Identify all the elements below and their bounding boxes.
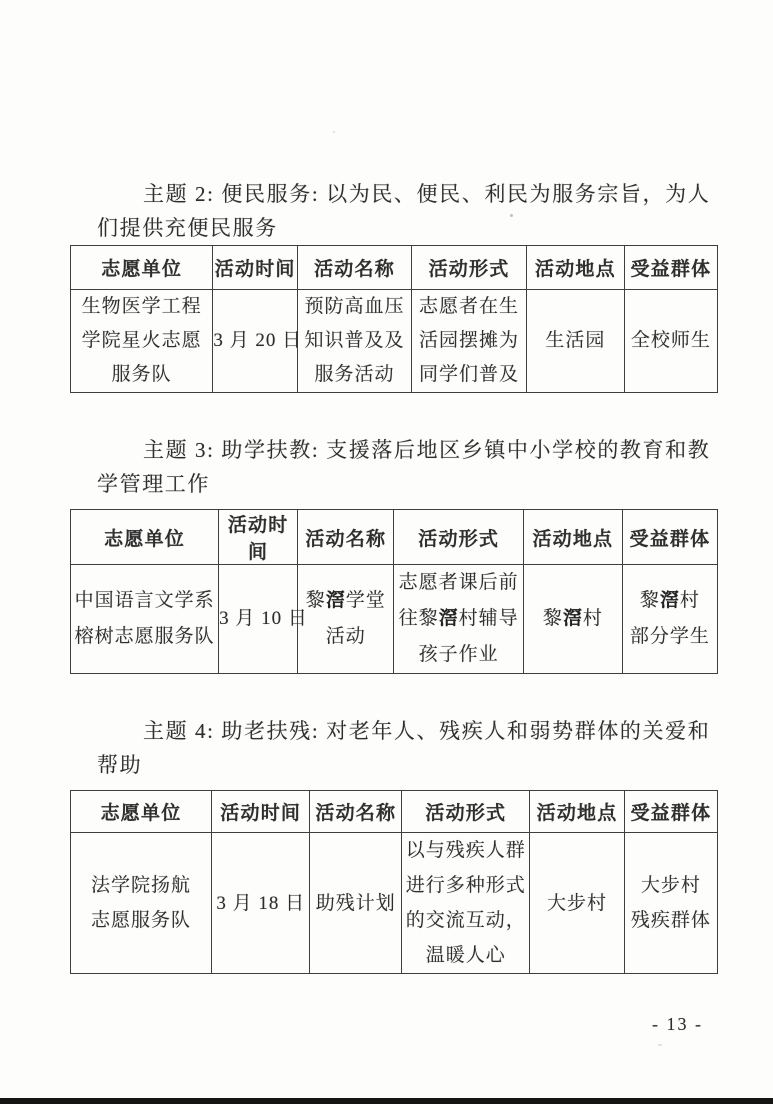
heading-line-2: 们提供充便民服务 (97, 216, 278, 240)
heading-line-1: 主题 2: 便民服务: 以为民、便民、利民为服务宗旨，为人 (143, 182, 710, 206)
cell-line: 大步村 (625, 868, 717, 903)
section-theme-4: 主题 4: 助老扶残: 对老年人、残疾人和弱势群体的关爱和帮助 志愿单位 活动时… (0, 714, 773, 974)
col-header-time: 活动时间 (212, 791, 310, 833)
col-header-location: 活动地点 (523, 510, 622, 565)
cell-line: 志愿者在生 (412, 290, 526, 324)
section-heading-theme-3: 主题 3: 助学扶教: 支援落后地区乡镇中小学校的教育和教学管理工作 (97, 433, 715, 501)
cell-line: 以与残疾人群 (402, 833, 529, 868)
cell-line: 中国语言文学系 (71, 583, 218, 619)
cell-location: 黎滘村 (523, 565, 622, 674)
cell-line: 法学院扬航 (71, 868, 211, 903)
cell-line: 黎滘村 (524, 601, 622, 637)
scan-speck (658, 1044, 662, 1046)
cell-line: 知识普及及 (298, 324, 411, 358)
scanned-document-page: 主题 2: 便民服务: 以为民、便民、利民为服务宗旨，为人们提供充便民服务 志愿… (0, 0, 773, 1104)
col-header-location: 活动地点 (527, 246, 625, 290)
scan-speck (333, 131, 335, 133)
cell-name: 黎滘学堂 活动 (298, 565, 394, 674)
cell-line: 志愿服务队 (71, 903, 211, 938)
cell-line: 活园摆摊为 (412, 324, 526, 358)
cell-beneficiary: 大步村 残疾群体 (624, 833, 717, 974)
cell-location: 大步村 (530, 833, 624, 974)
activity-table-theme-2: 志愿单位 活动时间 活动名称 活动形式 活动地点 受益群体 生物医学工程 学院星… (70, 245, 718, 393)
col-header-location: 活动地点 (530, 791, 624, 833)
col-header-beneficiary: 受益群体 (624, 246, 717, 290)
text-segment-bold: 滘 (563, 608, 583, 629)
scan-speck (510, 214, 513, 217)
text-segment: 村辅导 (459, 608, 519, 629)
col-header-unit: 志愿单位 (71, 510, 219, 565)
cell-line: 同学们普及 (412, 358, 526, 392)
cell-beneficiary: 全校师生 (624, 290, 717, 393)
text-segment: 村 (680, 590, 700, 611)
scan-bottom-edge (0, 1098, 773, 1104)
cell-line: 进行多种形式 (402, 868, 529, 903)
cell-line: 全校师生 (625, 324, 717, 358)
col-header-name: 活动名称 (310, 791, 402, 833)
section-heading-theme-4: 主题 4: 助老扶残: 对老年人、残疾人和弱势群体的关爱和帮助 (97, 714, 715, 782)
col-header-form: 活动形式 (402, 791, 530, 833)
cell-line: 生活园 (527, 324, 624, 358)
page-number: - 13 - (0, 1014, 703, 1035)
cell-line: 助残计划 (310, 886, 401, 921)
col-header-name: 活动名称 (298, 510, 394, 565)
cell-line: 服务队 (71, 358, 212, 392)
table-row: 法学院扬航 志愿服务队 3 月 18 日 助残计划 以与残疾人群 进行多种形式 … (71, 833, 718, 974)
text-segment: 学堂 (346, 590, 386, 611)
cell-line: 3 月 10 日 (219, 601, 297, 637)
heading-line-2: 学管理工作 (97, 472, 210, 496)
table-row: 生物医学工程 学院星火志愿 服务队 3 月 20 日 预防高血压 知识普及及 服… (71, 290, 718, 393)
cell-unit: 法学院扬航 志愿服务队 (71, 833, 212, 974)
text-segment: 村 (583, 608, 603, 629)
cell-line: 部分学生 (623, 619, 717, 655)
cell-time: 3 月 20 日 (213, 290, 298, 393)
heading-line-1: 主题 3: 助学扶教: 支援落后地区乡镇中小学校的教育和教 (143, 438, 710, 462)
text-segment-bold: 滘 (326, 590, 346, 611)
cell-line: 孩子作业 (394, 637, 522, 673)
col-header-time: 活动时间 (213, 246, 298, 290)
cell-line: 大步村 (530, 886, 623, 921)
cell-line: 温暖人心 (402, 938, 529, 973)
activity-table-theme-4: 志愿单位 活动时间 活动名称 活动形式 活动地点 受益群体 法学院扬航 志愿服务… (70, 790, 718, 974)
cell-line: 预防高血压 (298, 290, 411, 324)
cell-form: 志愿者课后前 往黎滘村辅导 孩子作业 (394, 565, 523, 674)
cell-form: 志愿者在生 活园摆摊为 同学们普及 (411, 290, 526, 393)
cell-line: 3 月 20 日 (213, 324, 297, 358)
cell-time: 3 月 10 日 (219, 565, 298, 674)
col-header-name: 活动名称 (298, 246, 412, 290)
text-segment-bold: 滘 (660, 590, 680, 611)
col-header-form: 活动形式 (411, 246, 526, 290)
cell-name: 助残计划 (310, 833, 402, 974)
activity-table-theme-3: 志愿单位 活动时间 活动名称 活动形式 活动地点 受益群体 中国语言文学系 榕树… (70, 509, 718, 674)
cell-name: 预防高血压 知识普及及 服务活动 (298, 290, 412, 393)
cell-line: 活动 (298, 619, 393, 655)
cell-line: 的交流互动， (402, 903, 529, 938)
cell-time: 3 月 18 日 (212, 833, 310, 974)
text-segment: 黎 (306, 590, 326, 611)
cell-line: 黎滘村 (623, 583, 717, 619)
text-segment: 黎 (640, 590, 660, 611)
heading-line-1: 主题 4: 助老扶残: 对老年人、残疾人和弱势群体的关爱和 (143, 719, 710, 743)
cell-unit: 中国语言文学系 榕树志愿服务队 (71, 565, 219, 674)
cell-location: 生活园 (527, 290, 625, 393)
col-header-time: 活动时间 (219, 510, 298, 565)
cell-line: 黎滘学堂 (298, 583, 393, 619)
col-header-form: 活动形式 (394, 510, 523, 565)
section-theme-2: 主题 2: 便民服务: 以为民、便民、利民为服务宗旨，为人们提供充便民服务 志愿… (0, 177, 773, 393)
cell-beneficiary: 黎滘村 部分学生 (622, 565, 717, 674)
table-header-row: 志愿单位 活动时间 活动名称 活动形式 活动地点 受益群体 (71, 791, 718, 833)
cell-line: 榕树志愿服务队 (71, 619, 218, 655)
col-header-beneficiary: 受益群体 (624, 791, 717, 833)
table-header-row: 志愿单位 活动时间 活动名称 活动形式 活动地点 受益群体 (71, 510, 718, 565)
text-segment-bold: 滘 (439, 608, 459, 629)
cell-line: 服务活动 (298, 358, 411, 392)
cell-line: 3 月 18 日 (212, 886, 309, 921)
col-header-unit: 志愿单位 (71, 791, 212, 833)
cell-form: 以与残疾人群 进行多种形式 的交流互动， 温暖人心 (402, 833, 530, 974)
cell-unit: 生物医学工程 学院星火志愿 服务队 (71, 290, 213, 393)
cell-line: 残疾群体 (625, 903, 717, 938)
section-theme-3: 主题 3: 助学扶教: 支援落后地区乡镇中小学校的教育和教学管理工作 志愿单位 … (0, 433, 773, 674)
heading-line-2: 帮助 (97, 753, 142, 777)
table-row: 中国语言文学系 榕树志愿服务队 3 月 10 日 黎滘学堂 活动 志愿者课后前 … (71, 565, 718, 674)
text-segment: 黎 (543, 608, 563, 629)
col-header-unit: 志愿单位 (71, 246, 213, 290)
cell-line: 生物医学工程 (71, 290, 212, 324)
text-segment: 往黎 (399, 608, 439, 629)
section-heading-theme-2: 主题 2: 便民服务: 以为民、便民、利民为服务宗旨，为人们提供充便民服务 (97, 177, 715, 245)
cell-line: 志愿者课后前 (394, 565, 522, 601)
table-header-row: 志愿单位 活动时间 活动名称 活动形式 活动地点 受益群体 (71, 246, 718, 290)
cell-line: 往黎滘村辅导 (394, 601, 522, 637)
col-header-beneficiary: 受益群体 (622, 510, 717, 565)
cell-line: 学院星火志愿 (71, 324, 212, 358)
